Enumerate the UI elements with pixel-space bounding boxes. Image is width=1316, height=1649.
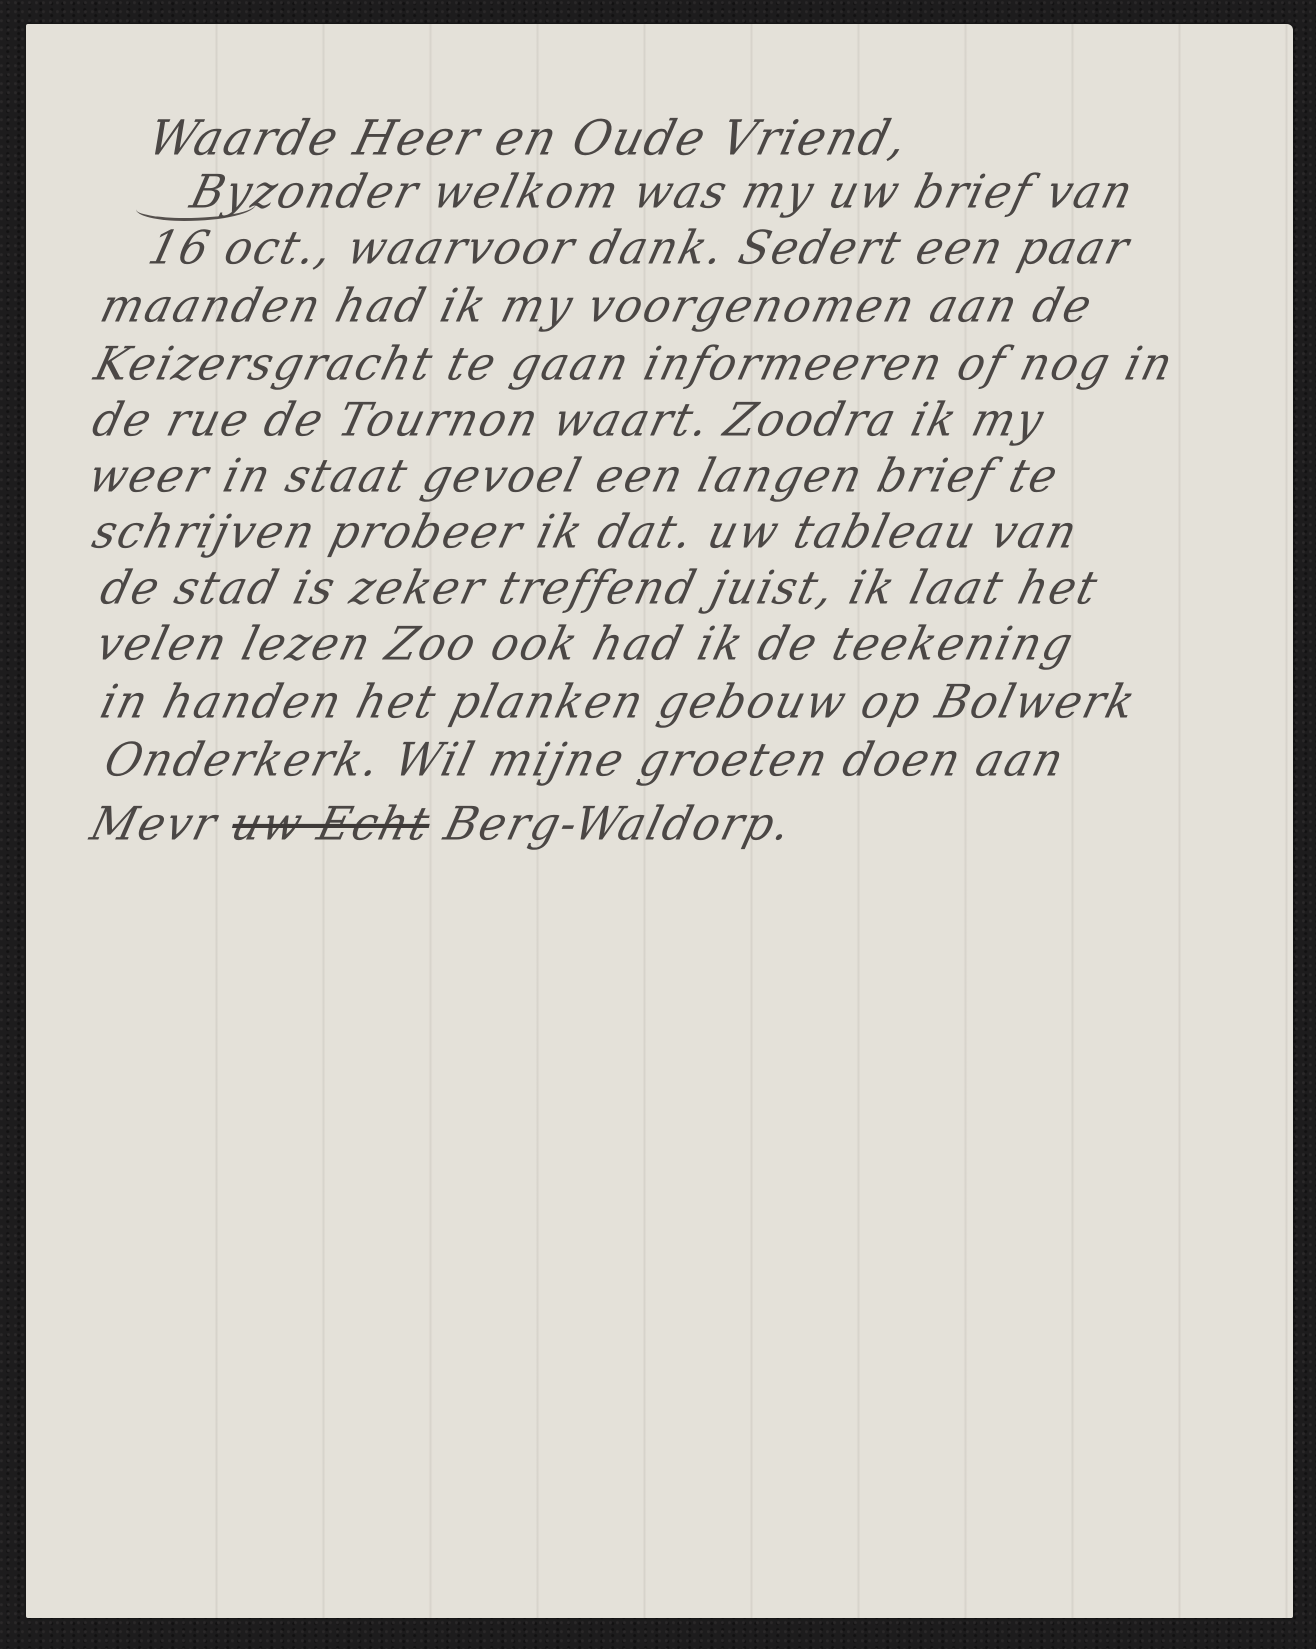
letter-line-5: Keizersgracht te gaan informeeren of nog… — [90, 342, 1178, 388]
letter-line-9: de stad is zeker treffend juist, ik laat… — [96, 566, 1103, 612]
letter-line-10: velen lezen Zoo ook had ik de teekening — [92, 622, 1079, 668]
letter-line-3: 16 oct., waarvoor dank. Sedert een paar — [144, 226, 1135, 272]
letter-line-8: schrijven probeer ik dat. uw tableau van — [88, 510, 1083, 556]
salutation-line: Waarde Heer en Oude Vriend, — [144, 114, 914, 162]
struck-out-text: uw Echt — [226, 798, 436, 852]
letter-line-7: weer in staat gevoel een langen brief te — [84, 454, 1064, 500]
letter-line-2: Byzonder welkom was my uw brief van — [186, 170, 1139, 216]
letter-page: Waarde Heer en Oude Vriend, Byzonder wel… — [26, 24, 1293, 1618]
letter-line-4: maanden had ik my voorgenomen aan de — [96, 284, 1098, 330]
greeting-name: Berg-Waldorp. — [423, 798, 798, 852]
letter-line-12: Onderkerk. Wil mijne groeten doen aan — [100, 738, 1070, 784]
greeting-prefix: Mevr — [85, 798, 239, 852]
letter-line-6: de rue de Tournon waart. Zoodra ik my — [88, 398, 1049, 444]
letter-line-13: Mevr uw Echt Berg-Waldorp. — [86, 802, 797, 848]
letter-line-11: in handen het planken gebouw op Bolwerk — [96, 680, 1141, 726]
